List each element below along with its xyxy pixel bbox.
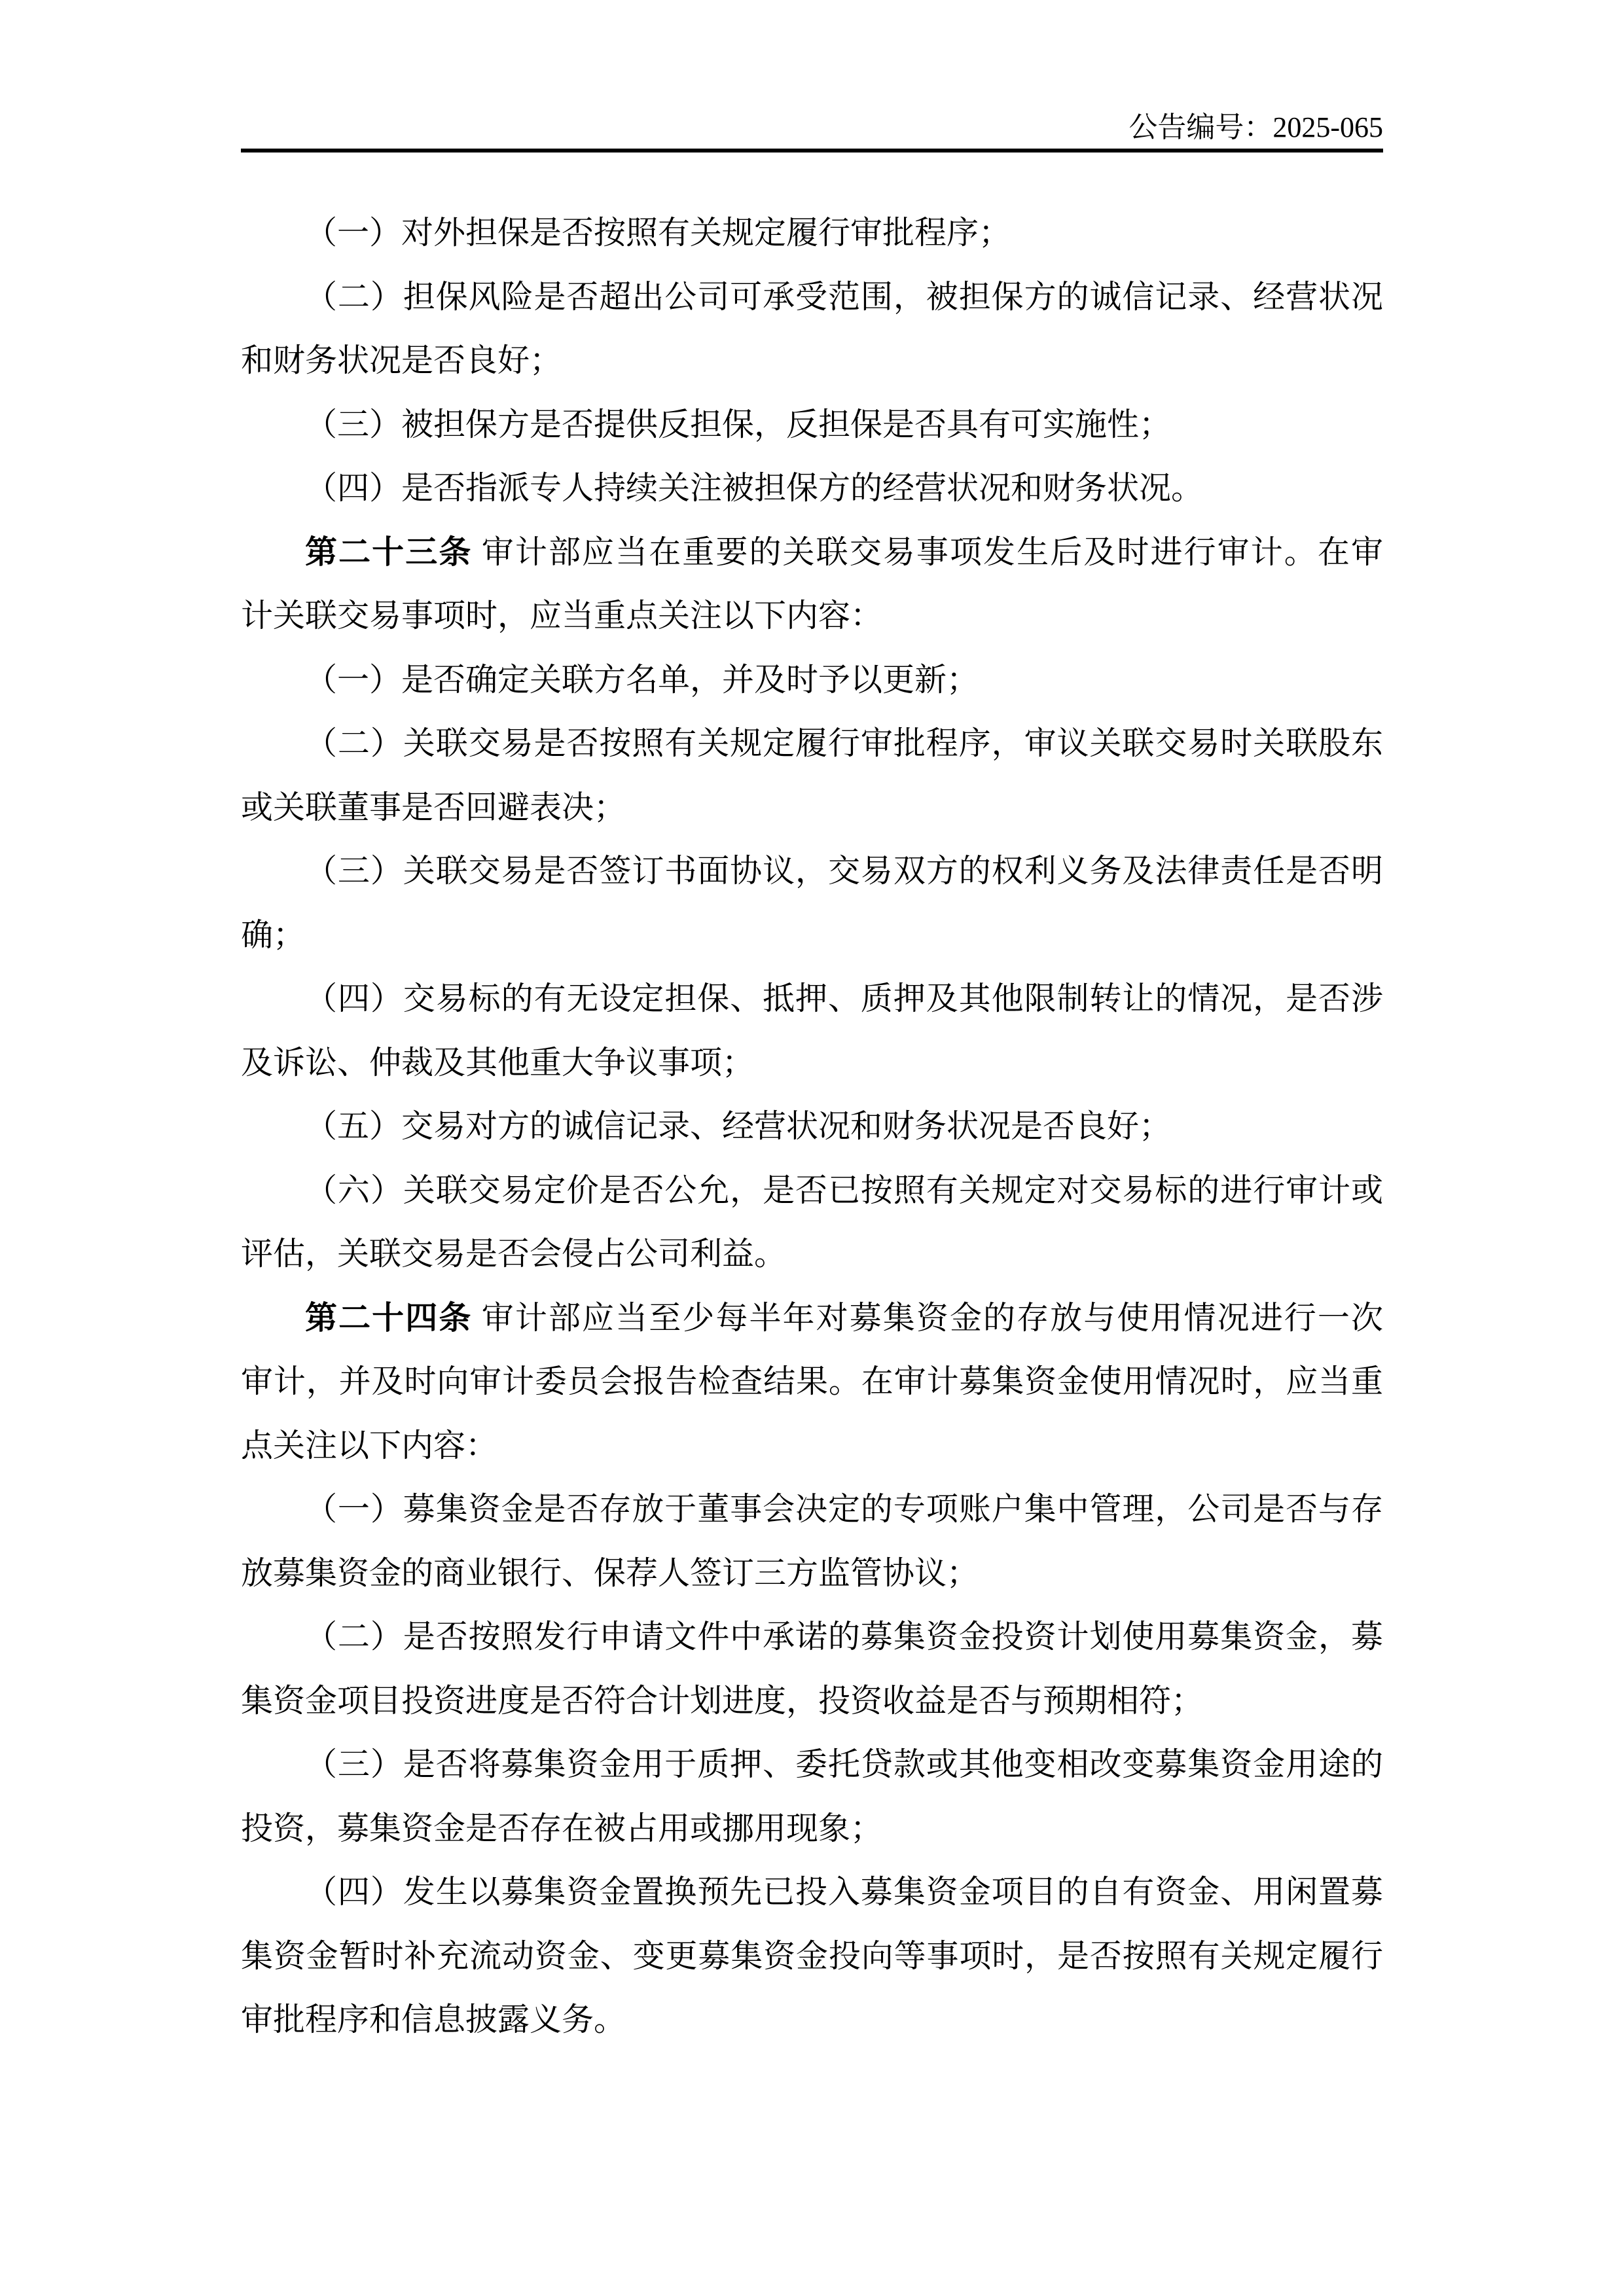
text-segment: 和财务状况是否良好；	[241, 342, 562, 378]
text-segment: 审计部应当在重要的关联交易事项发生后及时进行审计。在审	[472, 534, 1383, 570]
text-line: （六）关联交易定价是否公允，是否已按照有关规定对交易标的进行审计或	[241, 1158, 1383, 1223]
text-line: 投资，募集资金是否存在被占用或挪用现象；	[241, 1797, 1383, 1861]
text-segment: 计关联交易事项时，应当重点关注以下内容：	[241, 598, 882, 634]
text-segment: 投资，募集资金是否存在被占用或挪用现象；	[241, 1810, 882, 1846]
text-segment: （四）是否指派专人持续关注被担保方的经营状况和财务状况。	[305, 470, 1203, 506]
announcement-number: 公告编号：2025-065	[241, 111, 1383, 144]
text-segment: （三）是否将募集资金用于质押、委托贷款或其他变相改变募集资金用途的	[305, 1746, 1383, 1782]
text-segment: 审批程序和信息披露义务。	[241, 2001, 626, 2037]
text-line: 审批程序和信息披露义务。	[241, 1988, 1383, 2052]
text-line: 及诉讼、仲裁及其他重大争议事项；	[241, 1031, 1383, 1095]
text-line: （二）是否按照发行申请文件中承诺的募集资金投资计划使用募集资金，募	[241, 1605, 1383, 1669]
text-segment: （四）发生以募集资金置换预先已投入募集资金项目的自有资金、用闲置募	[305, 1874, 1383, 1910]
text-segment: 确；	[241, 917, 305, 953]
text-line: （五）交易对方的诚信记录、经营状况和财务状况是否良好；	[241, 1094, 1383, 1158]
text-segment: （四）交易标的有无设定担保、抵押、质押及其他限制转让的情况，是否涉	[305, 980, 1383, 1016]
text-segment: （一）募集资金是否存放于董事会决定的专项账户集中管理，公司是否与存	[305, 1491, 1383, 1527]
text-segment: 审计部应当至少每半年对募集资金的存放与使用情况进行一次	[472, 1300, 1383, 1336]
text-segment: 及诉讼、仲裁及其他重大争议事项；	[241, 1045, 754, 1081]
article-number: 第二十三条	[305, 534, 472, 570]
text-line: （二）关联交易是否按照有关规定履行审批程序，审议关联交易时关联股东	[241, 711, 1383, 776]
text-segment: 评估，关联交易是否会侵占公司利益。	[241, 1236, 786, 1272]
text-segment: 或关联董事是否回避表决；	[241, 789, 626, 825]
text-segment: （二）关联交易是否按照有关规定履行审批程序，审议关联交易时关联股东	[305, 725, 1383, 761]
text-line: （三）是否将募集资金用于质押、委托贷款或其他变相改变募集资金用途的	[241, 1732, 1383, 1797]
text-line: （三）被担保方是否提供反担保，反担保是否具有可实施性；	[241, 393, 1383, 457]
text-line: （四）是否指派专人持续关注被担保方的经营状况和财务状况。	[241, 456, 1383, 520]
text-line: 和财务状况是否良好；	[241, 329, 1383, 393]
header-rule	[241, 149, 1383, 152]
text-segment: 集资金项目投资进度是否符合计划进度，投资收益是否与预期相符；	[241, 1683, 1203, 1719]
text-segment: （三）关联交易是否签订书面协议，交易双方的权利义务及法律责任是否明	[305, 853, 1383, 889]
text-line: 集资金项目投资进度是否符合计划进度，投资收益是否与预期相符；	[241, 1669, 1383, 1733]
text-line: 确；	[241, 903, 1383, 967]
text-line: 评估，关联交易是否会侵占公司利益。	[241, 1222, 1383, 1286]
text-line: 点关注以下内容：	[241, 1414, 1383, 1478]
text-line: （四）发生以募集资金置换预先已投入募集资金项目的自有资金、用闲置募	[241, 1860, 1383, 1924]
text-segment: （五）交易对方的诚信记录、经营状况和财务状况是否良好；	[305, 1108, 1171, 1144]
text-line: 第二十三条 审计部应当在重要的关联交易事项发生后及时进行审计。在审	[241, 520, 1383, 584]
document-page: 公告编号：2025-065 （一）对外担保是否按照有关规定履行审批程序；（二）担…	[0, 0, 1624, 2296]
text-segment: （六）关联交易定价是否公允，是否已按照有关规定对交易标的进行审计或	[305, 1172, 1383, 1208]
text-segment: （二）是否按照发行申请文件中承诺的募集资金投资计划使用募集资金，募	[305, 1619, 1383, 1655]
text-line: 放募集资金的商业银行、保荐人签订三方监管协议；	[241, 1541, 1383, 1605]
text-line: （三）关联交易是否签订书面协议，交易双方的权利义务及法律责任是否明	[241, 839, 1383, 903]
article-number: 第二十四条	[305, 1300, 472, 1336]
text-segment: （二）担保风险是否超出公司可承受范围，被担保方的诚信记录、经营状况	[305, 279, 1383, 315]
text-line: 计关联交易事项时，应当重点关注以下内容：	[241, 584, 1383, 648]
text-line: （一）募集资金是否存放于董事会决定的专项账户集中管理，公司是否与存	[241, 1477, 1383, 1541]
text-segment: 集资金暂时补充流动资金、变更募集资金投向等事项时，是否按照有关规定履行	[241, 1938, 1383, 1974]
text-line: （四）交易标的有无设定担保、抵押、质押及其他限制转让的情况，是否涉	[241, 967, 1383, 1031]
text-line: 集资金暂时补充流动资金、变更募集资金投向等事项时，是否按照有关规定履行	[241, 1924, 1383, 1988]
text-line: （一）是否确定关联方名单，并及时予以更新；	[241, 648, 1383, 712]
text-segment: （三）被担保方是否提供反担保，反担保是否具有可实施性；	[305, 406, 1171, 442]
text-segment: （一）对外担保是否按照有关规定履行审批程序；	[305, 215, 1011, 251]
text-segment: 放募集资金的商业银行、保荐人签订三方监管协议；	[241, 1555, 979, 1591]
text-segment: 点关注以下内容：	[241, 1427, 497, 1463]
text-line: 或关联董事是否回避表决；	[241, 776, 1383, 840]
text-line: （一）对外担保是否按照有关规定履行审批程序；	[241, 201, 1383, 265]
text-line: 第二十四条 审计部应当至少每半年对募集资金的存放与使用情况进行一次	[241, 1286, 1383, 1350]
text-segment: （一）是否确定关联方名单，并及时予以更新；	[305, 662, 979, 698]
text-line: （二）担保风险是否超出公司可承受范围，被担保方的诚信记录、经营状况	[241, 265, 1383, 329]
text-segment: 审计，并及时向审计委员会报告检查结果。在审计募集资金使用情况时，应当重	[241, 1363, 1383, 1399]
document-body: （一）对外担保是否按照有关规定履行审批程序；（二）担保风险是否超出公司可承受范围…	[241, 201, 1383, 2052]
text-line: 审计，并及时向审计委员会报告检查结果。在审计募集资金使用情况时，应当重	[241, 1350, 1383, 1414]
